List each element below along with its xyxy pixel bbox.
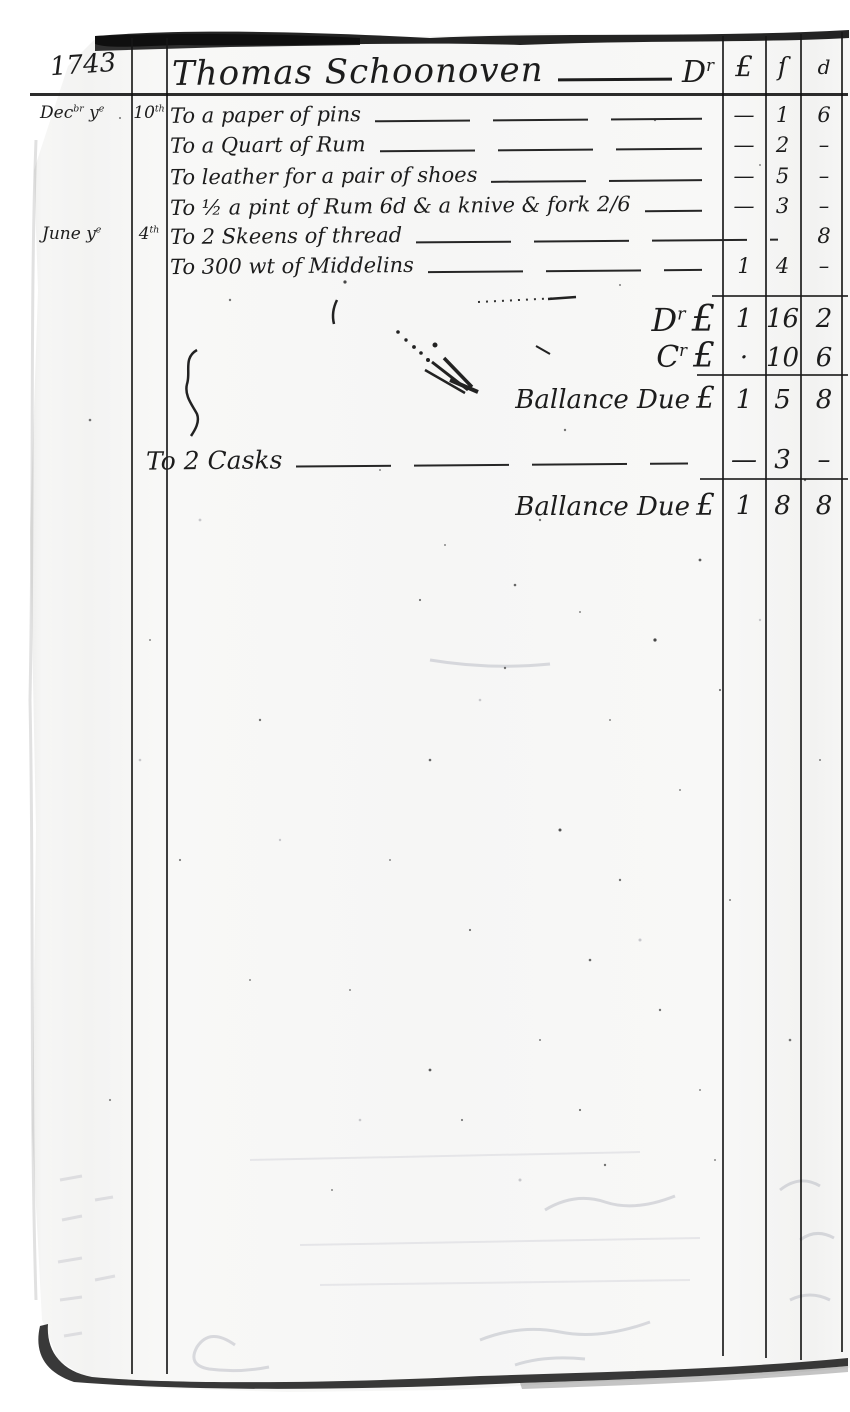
ledger-entry-row: To leather for a pair of shoes — 5 – <box>0 161 850 191</box>
ledger-entry-row: To 300 wt of Middelins 1 4 – <box>0 251 850 281</box>
rule-header-underline <box>30 93 848 96</box>
entry-dash-line <box>428 269 702 273</box>
entry-pence: – <box>802 130 846 160</box>
entry-description: To a paper of pins <box>170 102 361 128</box>
entry-shillings: 1 <box>766 100 799 130</box>
pound-sign: £ <box>686 297 715 340</box>
entry-description: To a Quart of Rum <box>170 132 366 158</box>
credit-total-row: Cr£ · 10 6 <box>0 340 850 376</box>
final-balance-row: Ballance Due£ 1 8 8 <box>0 484 850 528</box>
debit-total-row: Dr£ 1 16 2 <box>0 297 850 341</box>
balance-due-label: Ballance Due£ <box>470 381 715 416</box>
column-header-pence: d <box>802 44 846 90</box>
casks-entry-row: To 2 Casks — 3 – <box>0 442 850 478</box>
balance-pounds: 1 <box>724 484 764 514</box>
entry-description: To leather for a pair of shoes <box>170 163 478 190</box>
entry-pounds: — <box>724 191 764 221</box>
bleedthrough-marks <box>194 660 834 1371</box>
entry-description: To 2 Casks <box>146 445 283 475</box>
bleedthrough-left-column <box>58 1176 115 1336</box>
pound-sign: £ <box>687 336 715 376</box>
entry-pounds: — <box>724 130 764 160</box>
scanned-ledger-page: { "header": { "year": "1743", "account_n… <box>0 0 850 1412</box>
gray-speckles <box>139 519 762 1182</box>
credit-total-label: Cr£ <box>520 336 715 376</box>
balance-due-row: Ballance Due£ 1 5 8 <box>0 379 850 421</box>
entry-description: To 300 wt of Middelins <box>170 253 414 279</box>
ledger-entry-row: To a Quart of Rum — 2 – <box>0 130 850 160</box>
credit-total-pence: 6 <box>802 340 846 370</box>
ledger-entry-row: To a paper of pins — 1 6 <box>0 100 850 130</box>
entry-pence: – <box>802 251 846 281</box>
pound-sign: £ <box>690 488 715 523</box>
entry-pounds: — <box>724 100 764 130</box>
entry-shillings: 4 <box>766 251 799 281</box>
entry-dash-line <box>375 118 702 123</box>
entry-pounds: — <box>724 442 764 472</box>
account-header: Thomas Schoonoven Dr <box>172 40 714 92</box>
entry-pence: 6 <box>802 100 846 130</box>
rule-casks-bottom <box>700 478 848 480</box>
balance-pence: 8 <box>802 484 846 514</box>
credit-total-shillings: 10 <box>766 340 799 370</box>
bleedthrough-streaks <box>250 1152 700 1285</box>
entry-dash-line <box>416 239 778 244</box>
ledger-year: 1743 <box>49 48 117 83</box>
entry-pounds: 1 <box>724 251 764 281</box>
ledger-entry-row: To 2 Skeens of thread 8 <box>0 221 850 251</box>
balance-due-label: Ballance Due£ <box>465 488 715 523</box>
column-header-shillings: ſ <box>766 44 799 90</box>
entry-shillings: 3 <box>766 191 799 221</box>
ledger-entry-row: To ½ a pint of Rum 6d & a knive & fork 2… <box>0 191 850 221</box>
debit-abbreviation: Dr <box>682 55 714 92</box>
debit-total-shillings: 16 <box>766 297 799 327</box>
balance-pounds: 1 <box>724 379 764 409</box>
balance-pence: 8 <box>802 379 846 409</box>
entry-pence: – <box>802 442 846 472</box>
entry-description: To ½ a pint of Rum 6d & a knive & fork 2… <box>170 192 631 220</box>
entry-dash-line <box>380 148 702 153</box>
pound-sign: £ <box>690 381 715 416</box>
entry-shillings: 2 <box>766 130 799 160</box>
entry-dash-line <box>491 179 702 183</box>
entry-shillings: 3 <box>766 442 799 472</box>
account-name: Thomas Schoonoven <box>172 50 544 94</box>
balance-shillings: 5 <box>766 379 799 409</box>
debit-total-label: Dr£ <box>500 297 715 340</box>
debit-total-pence: 2 <box>802 297 846 327</box>
entry-dash-line <box>296 462 688 467</box>
entry-pence: 8 <box>802 221 846 251</box>
entry-pence: – <box>802 161 846 191</box>
debit-total-pounds: 1 <box>724 297 764 327</box>
entry-pounds: — <box>724 161 764 191</box>
entry-shillings: 5 <box>766 161 799 191</box>
credit-total-pounds: · <box>724 340 764 370</box>
header-dash <box>558 77 672 80</box>
balance-shillings: 8 <box>766 484 799 514</box>
entry-description: To 2 Skeens of thread <box>170 223 402 249</box>
column-header-pounds: £ <box>724 44 764 90</box>
entry-dash-line <box>645 210 702 212</box>
entry-pence: – <box>802 191 846 221</box>
